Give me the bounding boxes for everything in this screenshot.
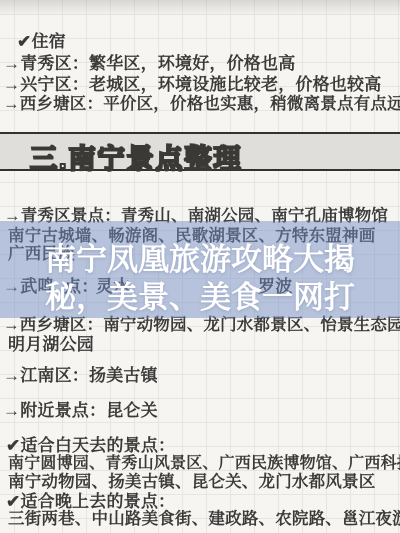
section-header-title: 三.南宁景点整理 — [30, 137, 243, 176]
attractions-nearby: →附近景点：昆仑关 — [3, 396, 158, 421]
header-rule-top — [0, 132, 400, 134]
travel-note-page: ✔住宿 →青秀区：繁华区，环境好，价格也高 →兴宁区：老城区，环境设施比较老，价… — [0, 0, 400, 533]
watermark-line-1: 南宁凤凰旅游攻略大揭 — [0, 243, 400, 276]
attractions-jiangnan: →江南区：扬美古镇 — [3, 361, 158, 386]
night-list-1: 三街两巷、中山路美食街、建政路、农院路、邕江夜游 — [8, 505, 400, 529]
watermark-line-2: 秘，美景、美食一网打 — [0, 281, 400, 314]
attractions-xixiangtang-line2: 明月湖公园 — [8, 330, 94, 355]
accommodation-item-xixiangtang: →西乡塘区：平价区，价格也实惠，稍微离景点有点远 — [3, 90, 400, 114]
